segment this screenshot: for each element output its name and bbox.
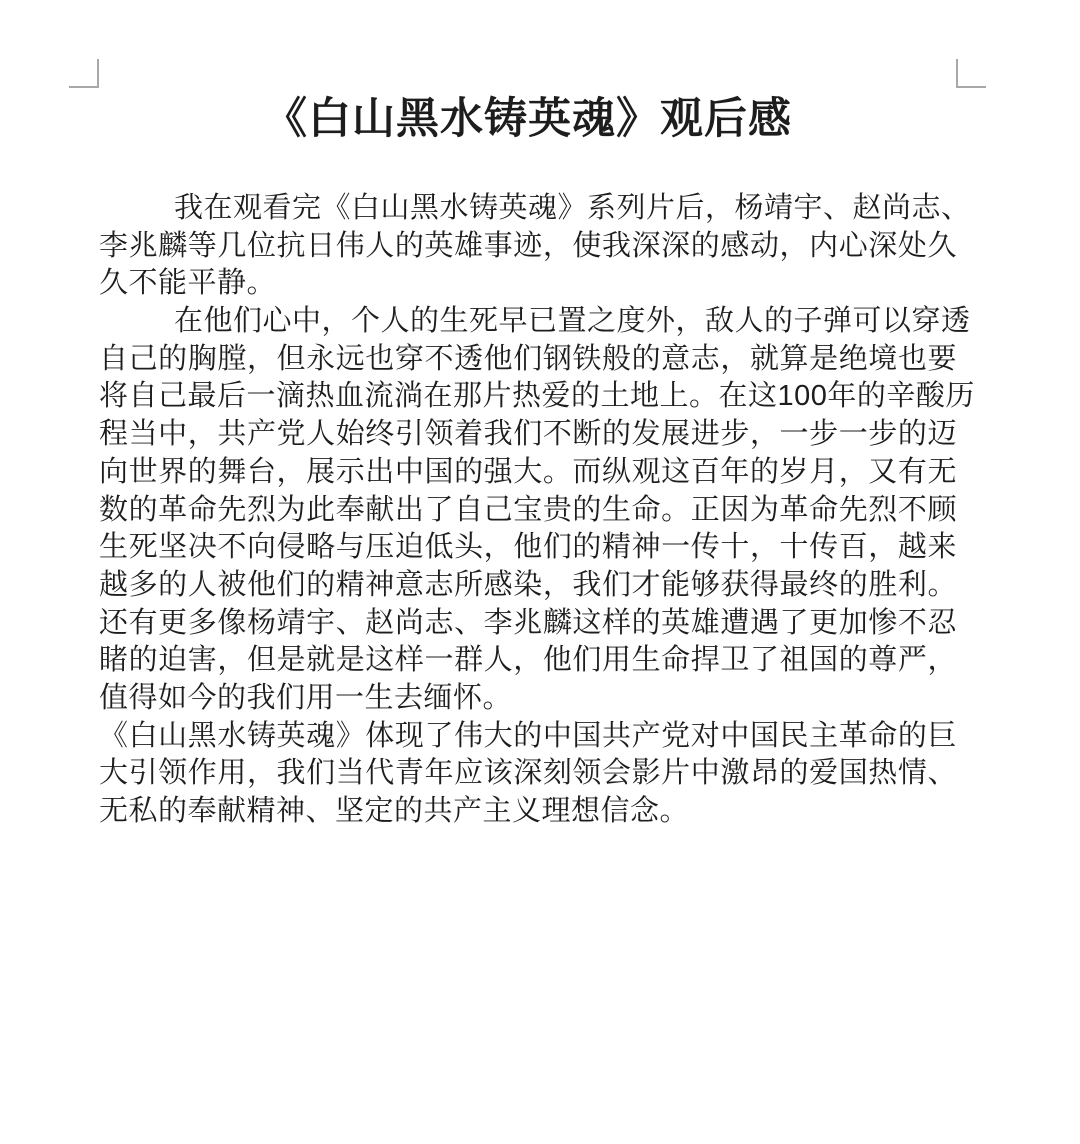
text-line: 大引领作用，我们当代青年应该深刻领会影片中激昂的爱国热情、: [99, 755, 957, 793]
text-line: 我在观看完《白山黑水铸英魂》系列片后，杨靖宇、赵尚志、: [99, 190, 957, 228]
paragraph: 在他们心中，个人的生死早已置之度外，敌人的子弹可以穿透自己的胸膛，但永远也穿不透…: [99, 303, 957, 718]
text-line: 越多的人被他们的精神意志所感染，我们才能够获得最终的胜利。: [99, 567, 957, 605]
text-line: 《白山黑水铸英魂》体现了伟大的中国共产党对中国民主革命的巨: [99, 718, 957, 756]
text-line: 向世界的舞台，展示出中国的强大。而纵观这百年的岁月，又有无: [99, 454, 957, 492]
text-line: 自己的胸膛，但永远也穿不透他们钢铁般的意志，就算是绝境也要: [99, 341, 957, 379]
paragraph: 我在观看完《白山黑水铸英魂》系列片后，杨靖宇、赵尚志、李兆麟等几位抗日伟人的英雄…: [99, 190, 957, 303]
page-margin-mark-top-right-icon: [956, 59, 986, 88]
text-line: 程当中，共产党人始终引领着我们不断的发展进步，一步一步的迈: [99, 416, 957, 454]
text-line: 在他们心中，个人的生死早已置之度外，敌人的子弹可以穿透: [99, 303, 957, 341]
text-line: 数的革命先烈为此奉献出了自己宝贵的生命。正因为革命先烈不顾: [99, 492, 957, 530]
text-line: 生死坚决不向侵略与压迫低头，他们的精神一传十，十传百，越来: [99, 529, 957, 567]
text-line: 还有更多像杨靖宇、赵尚志、李兆麟这样的英雄遭遇了更加惨不忍: [99, 605, 957, 643]
document-body: 我在观看完《白山黑水铸英魂》系列片后，杨靖宇、赵尚志、李兆麟等几位抗日伟人的英雄…: [99, 190, 957, 831]
document-page: 《白山黑水铸英魂》观后感 我在观看完《白山黑水铸英魂》系列片后，杨靖宇、赵尚志、…: [0, 0, 1080, 1144]
text-line: 睹的迫害，但是就是这样一群人，他们用生命捍卫了祖国的尊严，: [99, 642, 957, 680]
page-margin-mark-top-left-icon: [69, 59, 99, 88]
text-line: 值得如今的我们用一生去缅怀。: [99, 680, 957, 718]
text-line: 无私的奉献精神、坚定的共产主义理想信念。: [99, 793, 957, 831]
text-line: 久不能平静。: [99, 265, 957, 303]
text-line: 李兆麟等几位抗日伟人的英雄事迹，使我深深的感动，内心深处久: [99, 228, 957, 266]
paragraph: 《白山黑水铸英魂》体现了伟大的中国共产党对中国民主革命的巨大引领作用，我们当代青…: [99, 718, 957, 831]
text-line: 将自己最后一滴热血流淌在那片热爱的土地上。在这100年的辛酸历: [99, 378, 957, 416]
document-title: 《白山黑水铸英魂》观后感: [99, 86, 957, 152]
